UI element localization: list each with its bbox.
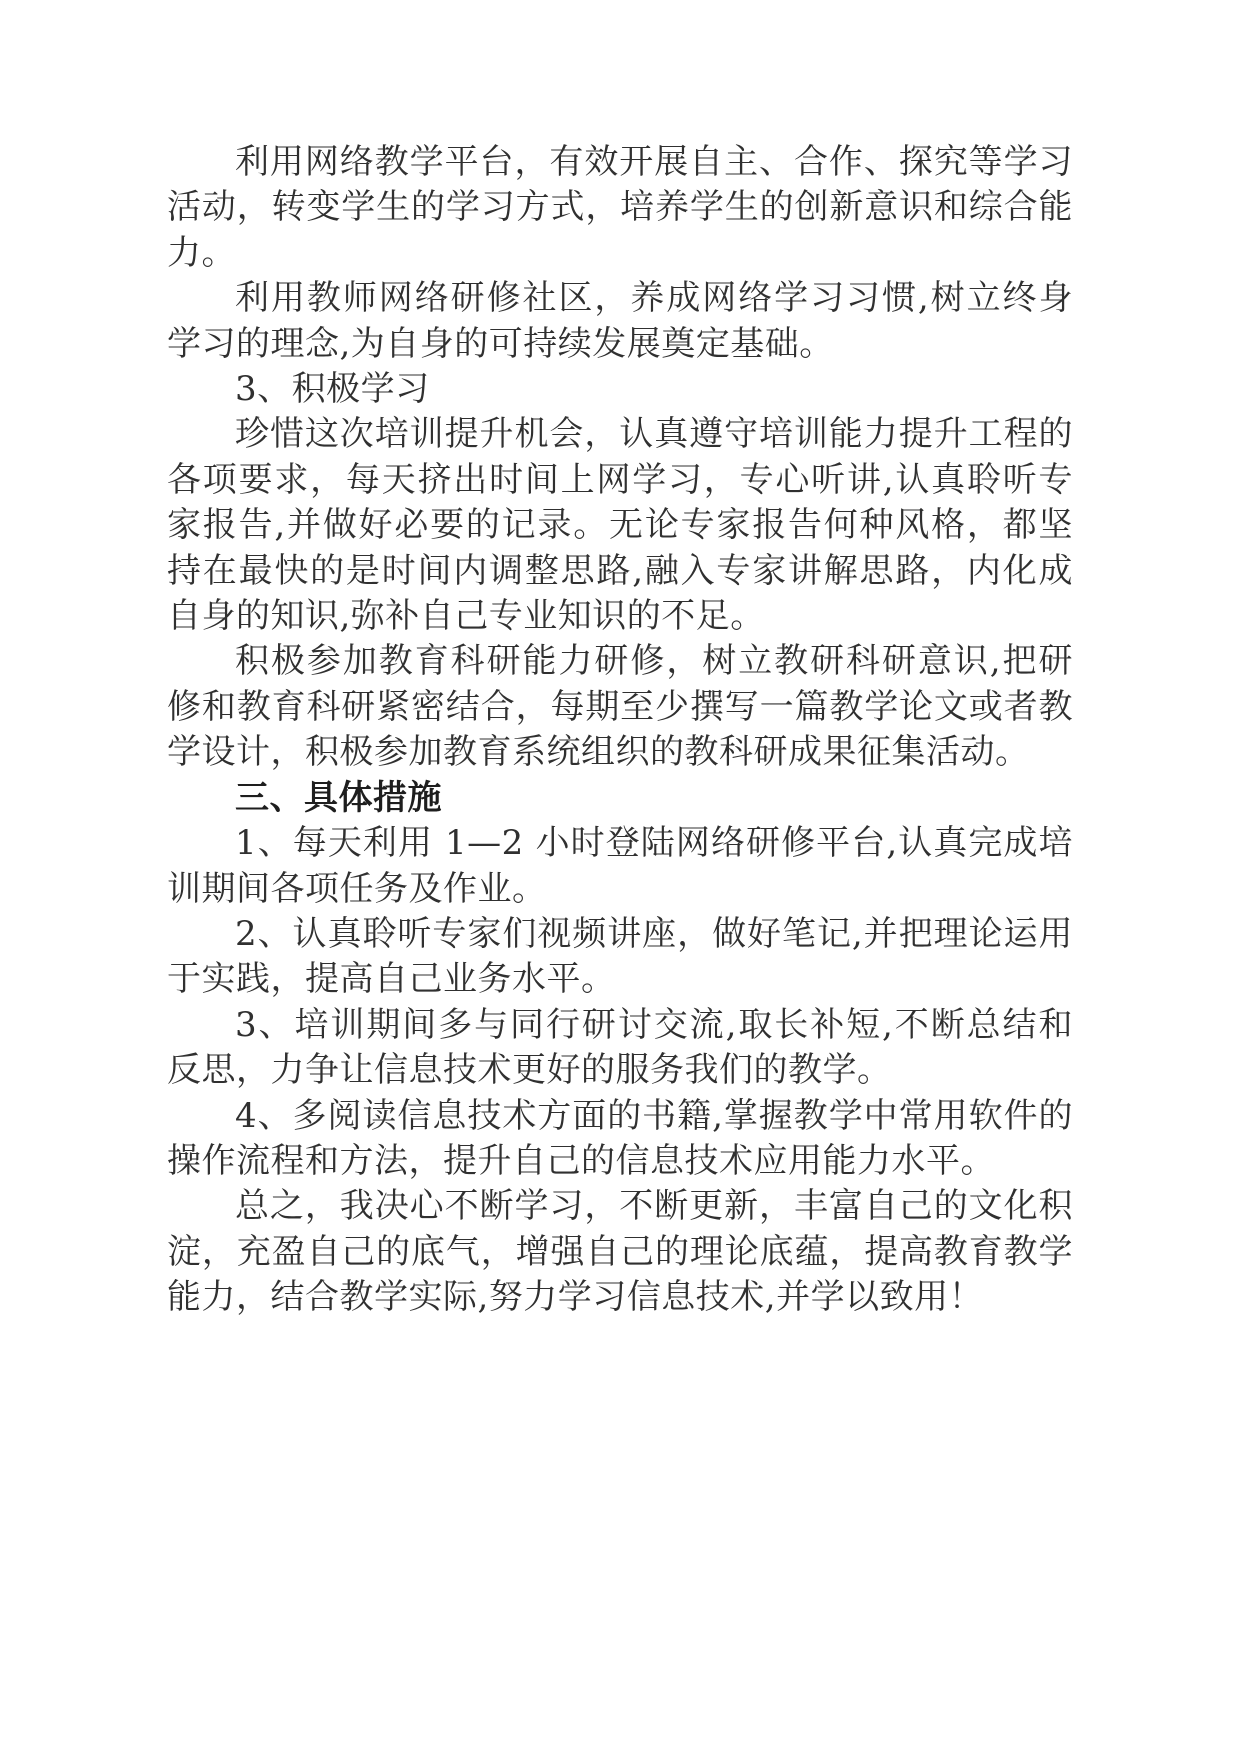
paragraph-teacher-community: 利用教师网络研修社区，养成网络学习习惯,树立终身学习的理念,为自身的可持续发展奠… — [167, 276, 1073, 367]
document-body: 利用网络教学平台，有效开展自主、合作、探究等学习活动，转变学生的学习方式，培养学… — [167, 140, 1073, 1321]
paragraph-conclusion: 总之，我决心不断学习，不断更新，丰富自己的文化积淀，充盈自己的底气，增强自己的理… — [167, 1184, 1073, 1320]
paragraph-research-participation: 积极参加教育科研能力研修，树立教研科研意识,把研修和教育科研紧密结合，每期至少撰… — [167, 639, 1073, 775]
paragraph-platform-learning: 利用网络教学平台，有效开展自主、合作、探究等学习活动，转变学生的学习方式，培养学… — [167, 140, 1073, 276]
measure-item-3: 3、培训期间多与同行研讨交流,取长补短,不断总结和反思，力争让信息技术更好的服务… — [167, 1003, 1073, 1094]
paragraph-cherish-training: 珍惜这次培训提升机会，认真遵守培训能力提升工程的各项要求，每天挤出时间上网学习，… — [167, 412, 1073, 639]
section-heading-concrete-measures: 三、具体措施 — [167, 776, 1073, 821]
document-page: 利用网络教学平台，有效开展自主、合作、探究等学习活动，转变学生的学习方式，培养学… — [0, 0, 1241, 1754]
subheading-active-learning: 3、积极学习 — [167, 367, 1073, 412]
measure-item-2: 2、认真聆听专家们视频讲座，做好笔记,并把理论运用于实践，提高自己业务水平。 — [167, 912, 1073, 1003]
measure-item-4: 4、多阅读信息技术方面的书籍,掌握教学中常用软件的操作流程和方法，提升自己的信息… — [167, 1094, 1073, 1185]
measure-item-1: 1、每天利用 1—2 小时登陆网络研修平台,认真完成培训期间各项任务及作业。 — [167, 821, 1073, 912]
